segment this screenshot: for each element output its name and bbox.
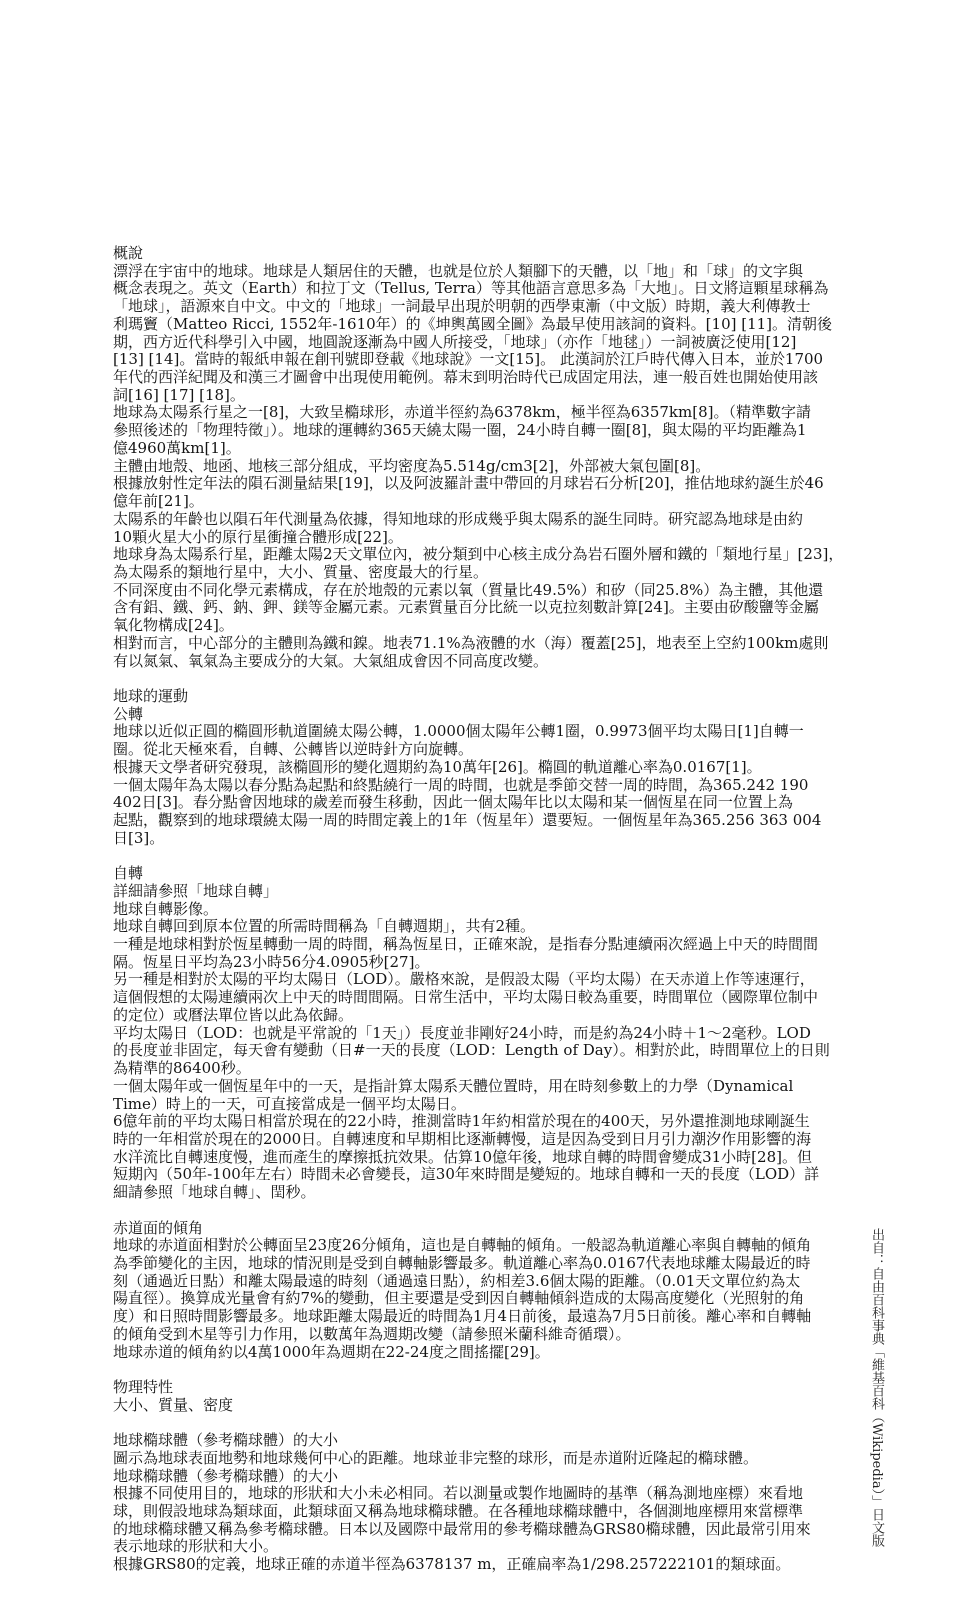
text-line: 短期內（50年-100年左右）時間未必會變長，這30年來時間是變短的。地球自轉和… [113, 1166, 813, 1184]
paragraph: 平均太陽日（LOD：也就是平常說的「1天」）長度並非剛好24小時，而是約為24小… [113, 1025, 813, 1078]
blank-line [113, 670, 813, 688]
text-line: 地球的赤道面相對於公轉面呈23度26分傾角，這也是自轉軸的傾角。一般認為軌道離心… [113, 1237, 813, 1255]
text-line: 根據放射性定年法的隕石測量結果[19]，以及阿波羅計畫中帶回的月球岩石分析[20… [113, 475, 813, 493]
text-line: 的傾角受到木星等引力作用，以數萬年為週期改變（請參照米蘭科維奇循環）。 [113, 1326, 813, 1344]
paragraph: 根據不同使用目的，地球的形狀和大小未必相同。若以測量或製作地圖時的基準（稱為測地… [113, 1485, 813, 1556]
text-line: 為季節變化的主因，地球的情況則是受到自轉軸影響最多。軌道離心率為0.0167代表… [113, 1255, 813, 1273]
figure-caption: 圖示為地球表面地勢和地球幾何中心的距離。地球並非完整的球形，而是赤道附近隆起的橢… [113, 1450, 813, 1468]
paragraph: 不同深度由不同化學元素構成，存在於地殼的元素以氧（質量比49.5%）和矽（同25… [113, 582, 813, 635]
paragraph: 地球自轉回到原本位置的所需時間稱為「自轉週期」，共有2種。 [113, 918, 813, 936]
text-line: 億年前[21]。 [113, 493, 813, 511]
text-line: 球，則假設地球為類球面，此類球面又稱為地球橢球體。在各種地球橢球體中，各個測地座… [113, 1503, 813, 1521]
blank-line [113, 1202, 813, 1220]
text-line: 地球以近似正圓的橢圓形軌道圍繞太陽公轉，1.0000個太陽年公轉1圈，0.997… [113, 723, 813, 741]
figure-caption: 地球自轉影像。 [113, 901, 813, 919]
section-rotation: 自轉 詳細請參照「地球自轉」 地球自轉影像。 地球自轉回到原本位置的所需時間稱為… [113, 865, 813, 1202]
text-line: 一種是地球相對於恆星轉動一周的時間，稱為恆星日，正確來說，是指春分點連續兩次經過… [113, 936, 813, 954]
text-line: 漂浮在宇宙中的地球。地球是人類居住的天體，也就是位於人類腳下的天體，以「地」和「… [113, 263, 813, 281]
source-attribution: 出自：自由百科事典「維基百科（Wikipedia）」日文版 [868, 1228, 884, 1547]
text-line: 起點，觀察到的地球環繞太陽一周的時間定義上的1年（恆星年）還要短。一個恆星年為3… [113, 812, 813, 830]
text-line: 有以氮氣、氧氣為主要成分的大氣。大氣組成會因不同高度改變。 [113, 653, 813, 671]
section-heading: 自轉 [113, 865, 813, 883]
section-heading: 地球的運動 [113, 688, 813, 706]
text-line: 根據天文學者研究發現，該橢圓形的變化週期約為10萬年[26]。橢圓的軌道離心率為… [113, 759, 813, 777]
text-line: Time）時上的一天，可直接當成是一個平均太陽日。 [113, 1096, 813, 1114]
paragraph: 根據天文學者研究發現，該橢圓形的變化週期約為10萬年[26]。橢圓的軌道離心率為… [113, 759, 813, 777]
text-line: 含有鋁、鐵、鈣、鈉、鉀、鎂等金屬元素。元素質量百分比統一以克拉刻數計算[24]。… [113, 599, 813, 617]
text-line: 另一種是相對於太陽的平均太陽日（LOD）。嚴格來說，是假設太陽（平均太陽）在天赤… [113, 971, 813, 989]
paragraph: 漂浮在宇宙中的地球。地球是人類居住的天體，也就是位於人類腳下的天體，以「地」和「… [113, 263, 813, 405]
text-line: 402日[3]。春分點會因地球的歲差而發生移動，因此一個太陽年比以太陽和某一個恆… [113, 794, 813, 812]
text-line: 表示地球的形狀和大小。 [113, 1538, 813, 1556]
paragraph: 一種是地球相對於恆星轉動一周的時間，稱為恆星日，正確來說，是指春分點連續兩次經過… [113, 936, 813, 971]
text-line: 太陽系的年齡也以隕石年代測量為依據，得知地球的形成幾乎與太陽系的誕生同時。研究認… [113, 511, 813, 529]
section-overview: 概說 漂浮在宇宙中的地球。地球是人類居住的天體，也就是位於人類腳下的天體，以「地… [113, 245, 813, 670]
paragraph: 地球身為太陽系行星，距離太陽2天文單位內，被分類到中心核主成分為岩石圈外層和鐵的… [113, 546, 813, 581]
text-line: 氧化物構成[24]。 [113, 617, 813, 635]
text-line: 不同深度由不同化學元素構成，存在於地殼的元素以氧（質量比49.5%）和矽（同25… [113, 582, 813, 600]
text-line: 細請參照「地球自轉」、閏秒。 [113, 1184, 813, 1202]
text-line: 利瑪竇（Matteo Ricci, 1552年-1610年）的《坤輿萬國全圖》為… [113, 316, 813, 334]
figure-title: 地球橢球體（參考橢球體）的大小 [113, 1432, 813, 1450]
text-line: 為精準的86400秒。 [113, 1060, 813, 1078]
paragraph: 根據GRS80的定義，地球正確的赤道半徑為6378137 m，正確扁率為1/29… [113, 1556, 813, 1574]
text-line: 陽直徑）。換算成光量會有約7%的變動，但主要還是受到因自轉軸傾斜造成的太陽高度變… [113, 1290, 813, 1308]
text-line: 刻（通過近日點）和離太陽最遠的時刻（通過遠日點），約相差3.6個太陽的距離。（0… [113, 1273, 813, 1291]
text-line: 度）和日照時間影響最多。地球距離太陽最近的時間為1月4日前後，最遠為7月5日前後… [113, 1308, 813, 1326]
section-earth-ellipsoid: 地球橢球體（參考橢球體）的大小 圖示為地球表面地勢和地球幾何中心的距離。地球並非… [113, 1432, 813, 1574]
text-line: 年代的西洋紀聞及和漢三才圖會中出現使用範例。幕末到明治時代已成固定用法，連一般百… [113, 369, 813, 387]
text-line: 詞[16] [17] [18]。 [113, 387, 813, 405]
text-line: 地球為太陽系行星之一[8]，大致呈橢球形，赤道半徑約為6378km，極半徑為63… [113, 404, 813, 422]
text-line: 一個太陽年或一個恆星年中的一天，是指計算太陽系天體位置時，用在時刻參數上的力學（… [113, 1078, 813, 1096]
text-line: 為太陽系的類地行星中，大小、質量、密度最大的行星。 [113, 564, 813, 582]
paragraph: 一個太陽年為太陽以春分點為起點和終點繞行一周的時間，也就是季節交替一周的時間，為… [113, 777, 813, 848]
paragraph: 太陽系的年齡也以隕石年代測量為依據，得知地球的形成幾乎與太陽系的誕生同時。研究認… [113, 511, 813, 546]
document-body: 概說 漂浮在宇宙中的地球。地球是人類居住的天體，也就是位於人類腳下的天體，以「地… [113, 245, 813, 1574]
text-line: 的長度並非固定，每天會有變動（日#一天的長度（LOD：Length of Day… [113, 1042, 813, 1060]
text-line: 地球赤道的傾角約以4萬1000年為週期在22-24度之間搖擺[29]。 [113, 1344, 813, 1362]
paragraph: 地球為太陽系行星之一[8]，大致呈橢球形，赤道半徑約為6378km，極半徑為63… [113, 404, 813, 457]
blank-line [113, 1414, 813, 1432]
see-also-note: 詳細請參照「地球自轉」 [113, 883, 813, 901]
paragraph: 另一種是相對於太陽的平均太陽日（LOD）。嚴格來說，是假設太陽（平均太陽）在天赤… [113, 971, 813, 1024]
text-line: 一個太陽年為太陽以春分點為起點和終點繞行一周的時間，也就是季節交替一周的時間，為… [113, 777, 813, 795]
text-line: 期，西方近代科學引入中國，地圓說逐漸為中國人所接受，「地球」（亦作「地毬」）一詞… [113, 334, 813, 352]
text-line: 隔。恆星日平均為23小時56分4.0905秒[27]。 [113, 954, 813, 972]
text-line: [13] [14]。當時的報紙申報在創刊號即登載《地球說》一文[15]。 此漢詞… [113, 351, 813, 369]
section-heading: 物理特性 [113, 1379, 813, 1397]
section-axial-tilt: 赤道面的傾角 地球的赤道面相對於公轉面呈23度26分傾角，這也是自轉軸的傾角。一… [113, 1220, 813, 1362]
text-line: 概念表現之。英文（Earth）和拉丁文（Tellus, Terra）等其他語言意… [113, 280, 813, 298]
blank-line [113, 847, 813, 865]
text-line: 相對而言，中心部分的主體則為鐵和鎳。地表71.1%為液體的水（海）覆蓋[25]，… [113, 635, 813, 653]
text-line: 圈。從北天極來看，自轉、公轉皆以逆時針方向旋轉。 [113, 741, 813, 759]
text-line: 根據不同使用目的，地球的形狀和大小未必相同。若以測量或製作地圖時的基準（稱為測地… [113, 1485, 813, 1503]
paragraph: 主體由地殼、地函、地核三部分組成，平均密度為5.514g/cm3[2]，外部被大… [113, 458, 813, 476]
text-line: 參照後述的「物理特徵」）。地球的運轉約365天繞太陽一圈，24小時自轉一圈[8]… [113, 422, 813, 440]
text-line: 「地球」，語源來自中文。中文的「地球」一詞最早出現於明朝的西學東漸（中文版）時期… [113, 298, 813, 316]
text-line: 地球自轉回到原本位置的所需時間稱為「自轉週期」，共有2種。 [113, 918, 813, 936]
text-line: 的定位）或曆法單位皆以此為依歸。 [113, 1007, 813, 1025]
section-subheading: 公轉 [113, 706, 813, 724]
section-heading: 赤道面的傾角 [113, 1220, 813, 1238]
text-line: 主體由地殼、地函、地核三部分組成，平均密度為5.514g/cm3[2]，外部被大… [113, 458, 813, 476]
text-line: 根據GRS80的定義，地球正確的赤道半徑為6378137 m，正確扁率為1/29… [113, 1556, 813, 1574]
blank-line [113, 1361, 813, 1379]
text-line: 的地球橢球體又稱為參考橢球體。日本以及國際中最常用的參考橢球體為GRS80橢球體… [113, 1521, 813, 1539]
text-line: 時的一年相當於現在的2000日。自轉速度和早期相比逐漸轉慢，這是因為受到日月引力… [113, 1131, 813, 1149]
section-earth-motion: 地球的運動 公轉 地球以近似正圓的橢圓形軌道圍繞太陽公轉，1.0000個太陽年公… [113, 688, 813, 847]
text-line: 日[3]。 [113, 830, 813, 848]
text-line: 地球身為太陽系行星，距離太陽2天文單位內，被分類到中心核主成分為岩石圈外層和鐵的… [113, 546, 813, 564]
text-line: 水洋流比自轉速度慢，進而產生的摩擦抵抗效果。估算10億年後，地球自轉的時間會變成… [113, 1149, 813, 1167]
section-physical-properties: 物理特性 大小、質量、密度 [113, 1379, 813, 1414]
paragraph: 6億年前的平均太陽日相當於現在的22小時，推測當時1年約相當於現在的400天，另… [113, 1113, 813, 1202]
paragraph: 根據放射性定年法的隕石測量結果[19]，以及阿波羅計畫中帶回的月球岩石分析[20… [113, 475, 813, 510]
section-subheading: 大小、質量、密度 [113, 1397, 813, 1415]
section-heading: 概說 [113, 245, 813, 263]
text-line: 億4960萬km[1]。 [113, 440, 813, 458]
section-heading: 地球橢球體（參考橢球體）的大小 [113, 1468, 813, 1486]
paragraph: 地球以近似正圓的橢圓形軌道圍繞太陽公轉，1.0000個太陽年公轉1圈，0.997… [113, 723, 813, 758]
text-line: 10顆火星大小的原行星衝撞合體形成[22]。 [113, 529, 813, 547]
text-line: 6億年前的平均太陽日相當於現在的22小時，推測當時1年約相當於現在的400天，另… [113, 1113, 813, 1131]
paragraph: 地球赤道的傾角約以4萬1000年為週期在22-24度之間搖擺[29]。 [113, 1344, 813, 1362]
paragraph: 一個太陽年或一個恆星年中的一天，是指計算太陽系天體位置時，用在時刻參數上的力學（… [113, 1078, 813, 1113]
paragraph: 相對而言，中心部分的主體則為鐵和鎳。地表71.1%為液體的水（海）覆蓋[25]，… [113, 635, 813, 670]
text-line: 平均太陽日（LOD：也就是平常說的「1天」）長度並非剛好24小時，而是約為24小… [113, 1025, 813, 1043]
paragraph: 地球的赤道面相對於公轉面呈23度26分傾角，這也是自轉軸的傾角。一般認為軌道離心… [113, 1237, 813, 1343]
text-line: 這個假想的太陽連續兩次上中天的時間間隔。日常生活中，平均太陽日較為重要，時間單位… [113, 989, 813, 1007]
